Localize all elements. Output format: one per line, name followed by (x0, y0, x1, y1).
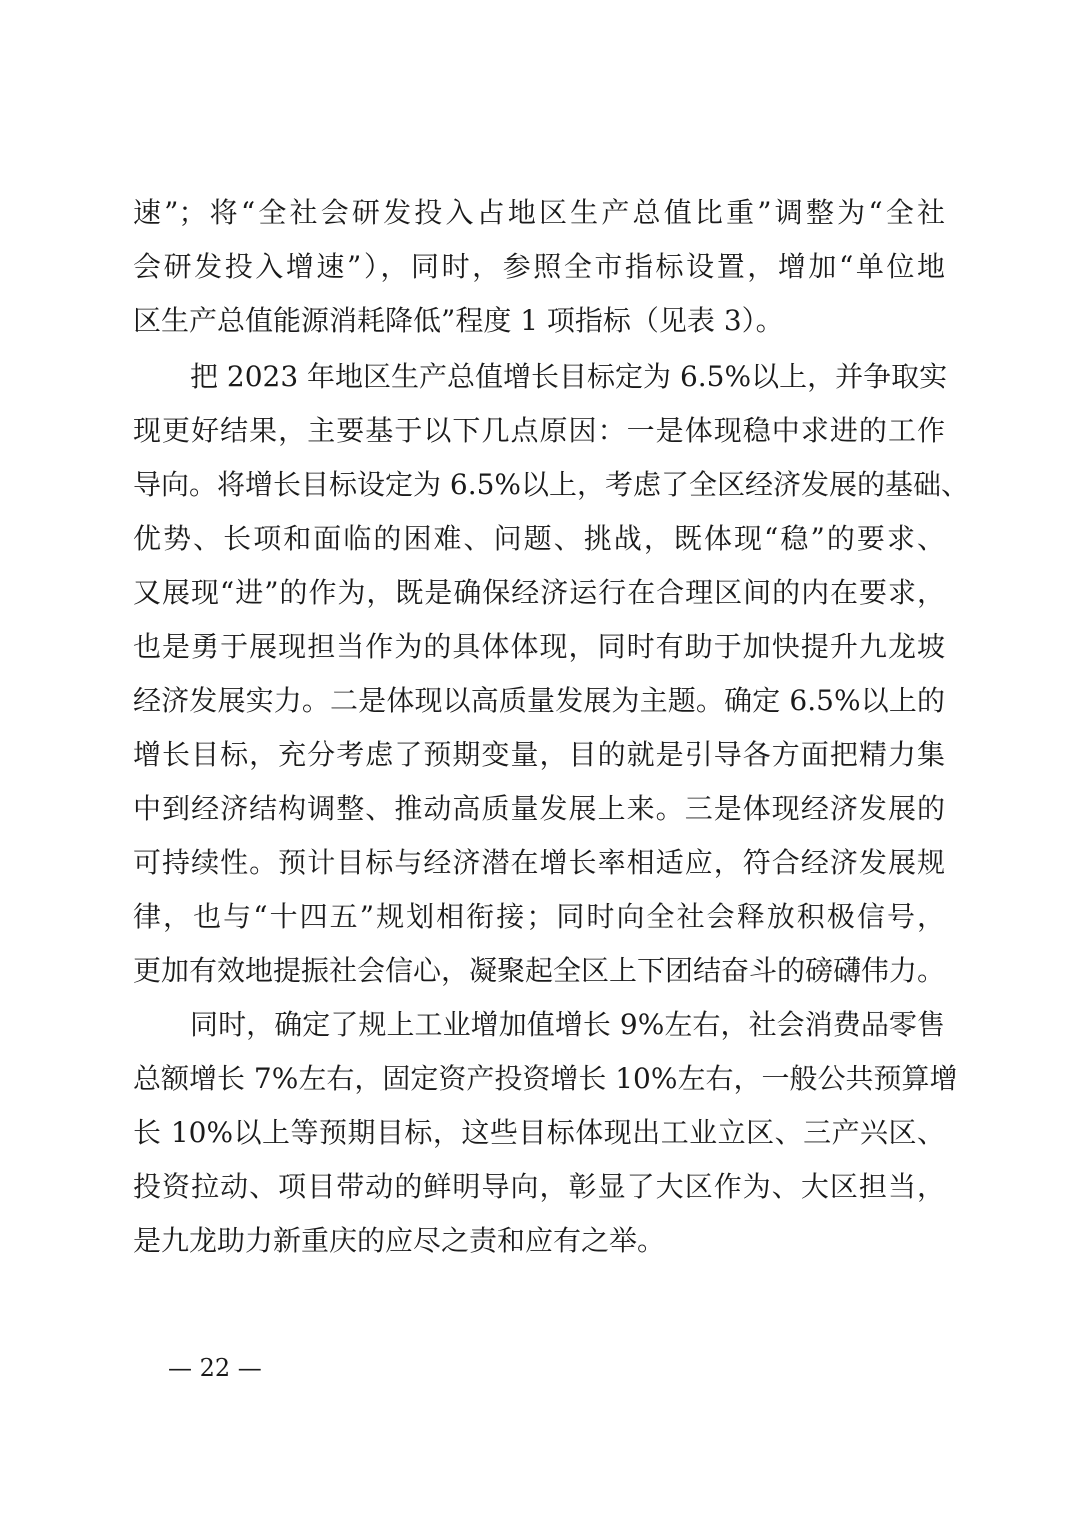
paragraph-3-line-3: 长 10%以上等预期目标，这些目标体现出工业立区、三产兴区、 (133, 1113, 945, 1153)
paragraph-2-line-12: 更加有效地提振社会信心，凝聚起全区上下团结奋斗的磅礴伟力。 (133, 951, 945, 991)
page-number: — 22 — (168, 1354, 262, 1382)
paragraph-1-line-1: 速”；将“全社会研发投入占地区生产总值比重”调整为“全社 (133, 193, 945, 233)
paragraph-2-line-1: 把 2023 年地区生产总值增长目标定为 6.5%以上，并争取实 (190, 357, 945, 397)
paragraph-3-line-5: 是九龙助力新重庆的应尽之责和应有之举。 (133, 1221, 945, 1261)
paragraph-2-line-8: 增长目标，充分考虑了预期变量，目的就是引导各方面把精力集 (133, 735, 945, 775)
paragraph-1-line-2: 会研发投入增速”），同时，参照全市指标设置，增加“单位地 (133, 247, 945, 287)
paragraph-2-line-7: 经济发展实力。二是体现以高质量发展为主题。确定 6.5%以上的 (133, 681, 945, 721)
paragraph-2-line-3: 导向。将增长目标设定为 6.5%以上，考虑了全区经济发展的基础、 (133, 465, 945, 505)
paragraph-2-line-9: 中到经济结构调整、推动高质量发展上来。三是体现经济发展的 (133, 789, 945, 829)
paragraph-2-line-10: 可持续性。预计目标与经济潜在增长率相适应，符合经济发展规 (133, 843, 945, 883)
document-page: 速”；将“全社会研发投入占地区生产总值比重”调整为“全社 会研发投入增速”），同… (0, 0, 1074, 1520)
paragraph-1-line-3: 区生产总值能源消耗降低”程度 1 项指标（见表 3）。 (133, 301, 945, 341)
paragraph-3-line-4: 投资拉动、项目带动的鲜明导向，彰显了大区作为、大区担当， (133, 1167, 945, 1207)
paragraph-2-line-2: 现更好结果，主要基于以下几点原因：一是体现稳中求进的工作 (133, 411, 945, 451)
paragraph-2-line-6: 也是勇于展现担当作为的具体体现，同时有助于加快提升九龙坡 (133, 627, 945, 667)
paragraph-2-line-5: 又展现“进”的作为，既是确保经济运行在合理区间的内在要求， (133, 573, 945, 613)
paragraph-3-line-2: 总额增长 7%左右，固定资产投资增长 10%左右，一般公共预算增 (133, 1059, 945, 1099)
paragraph-2-line-4: 优势、长项和面临的困难、问题、挑战，既体现“稳”的要求、 (133, 519, 945, 559)
paragraph-3-line-1: 同时，确定了规上工业增加值增长 9%左右，社会消费品零售 (190, 1005, 945, 1045)
paragraph-2-line-11: 律，也与“十四五”规划相衔接；同时向全社会释放积极信号， (133, 897, 945, 937)
